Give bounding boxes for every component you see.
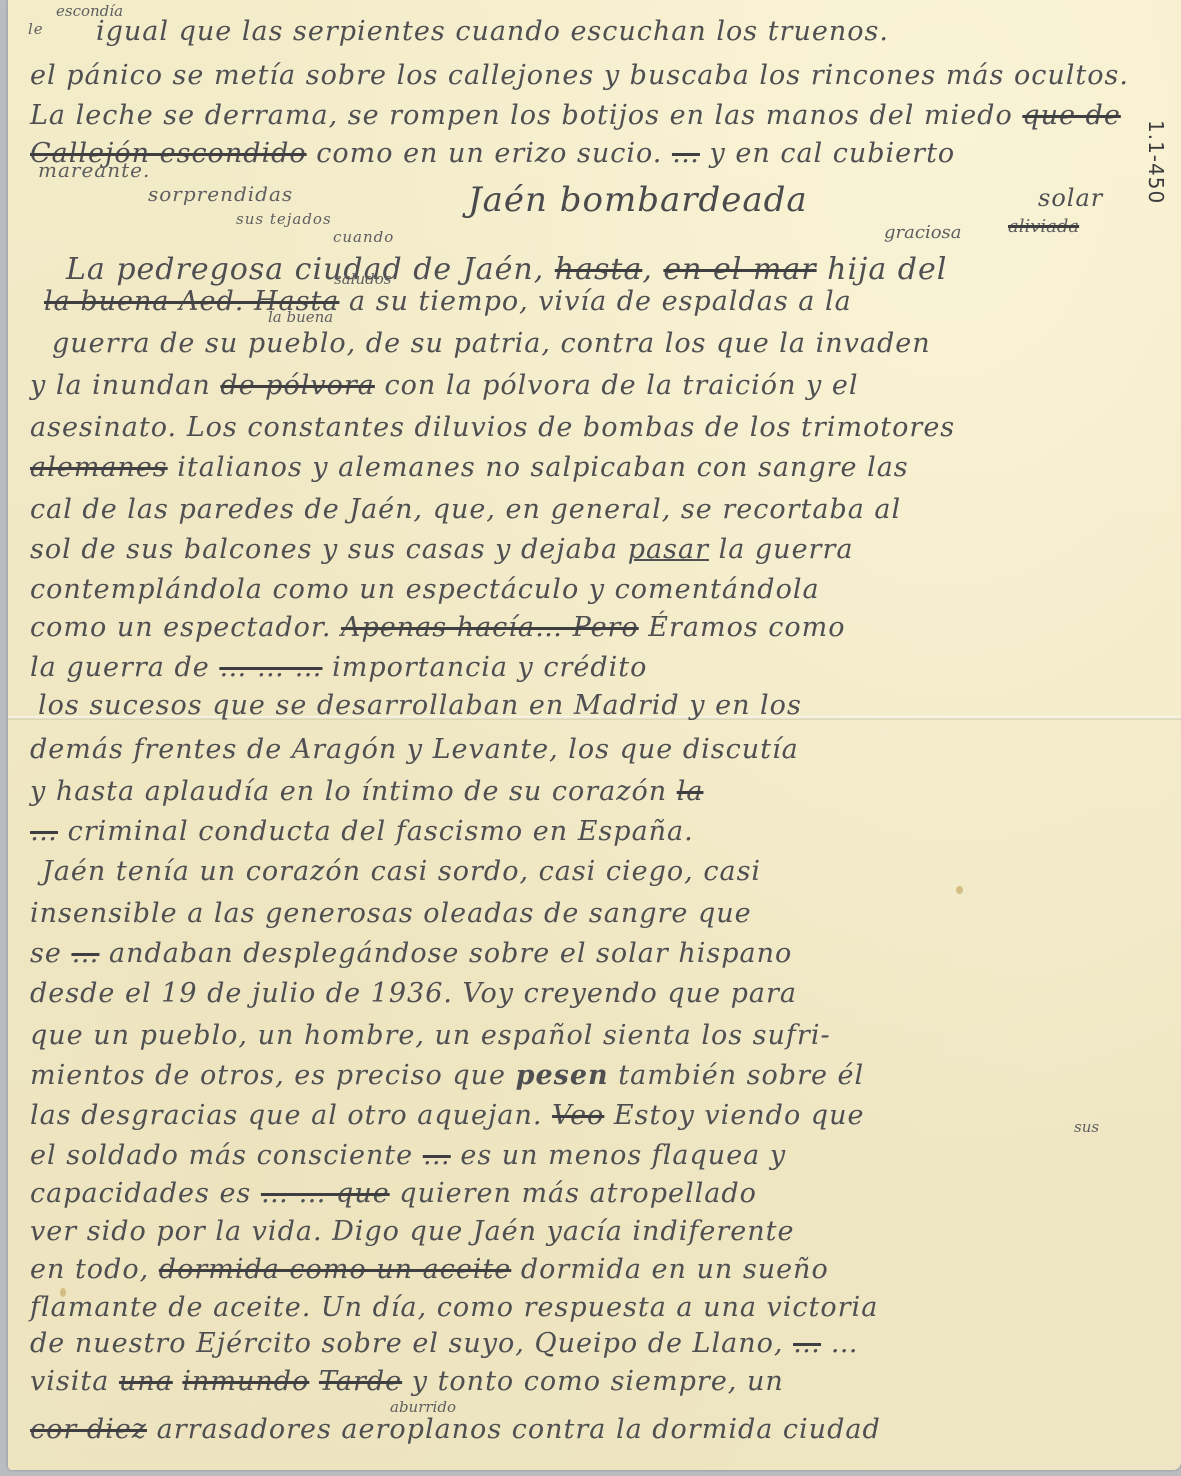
struck-text: …: [793, 1328, 821, 1359]
manuscript-line: como un espectador. Apenas hacía… Pero É…: [30, 612, 846, 643]
margin-note: solar: [1038, 184, 1103, 212]
margin-note: le: [28, 20, 44, 38]
manuscript-line: contemplándola como un espectáculo y com…: [30, 574, 820, 605]
underlined-text: pasar: [628, 534, 709, 565]
manuscript-page: 1.1-450 escondía le igual que las serpie…: [8, 0, 1181, 1470]
struck-insertion: aliviada: [1008, 216, 1079, 237]
struck-text: …: [71, 938, 99, 969]
struck-text: … … …: [219, 652, 322, 683]
manuscript-line: los sucesos que se desarrollaban en Madr…: [38, 690, 802, 721]
manuscript-line: Callejón escondido como en un erizo suci…: [30, 138, 955, 169]
struck-text: inmundo: [182, 1366, 309, 1397]
manuscript-line: cal de las paredes de Jaén, que, en gene…: [30, 494, 901, 525]
manuscript-line: igual que las serpientes cuando escuchan…: [96, 16, 889, 47]
manuscript-line: las desgracias que al otro aquejan. Veo …: [30, 1100, 864, 1131]
manuscript-line: Jaén tenía un corazón casi sordo, casi c…: [42, 856, 761, 887]
insertion-note: sus: [1074, 1118, 1099, 1136]
struck-text: de pólvora: [220, 370, 375, 401]
manuscript-line: el soldado más consciente … es un menos …: [30, 1140, 786, 1171]
emphasized-text: pesen: [516, 1060, 609, 1091]
manuscript-line: La leche se derrama, se rompen los botij…: [30, 100, 1121, 131]
struck-text: hasta: [555, 252, 643, 287]
margin-note: cuando: [333, 228, 394, 246]
struck-text: alemanes: [30, 452, 168, 483]
manuscript-line: mientos de otros, es preciso que pesen t…: [30, 1060, 864, 1091]
struck-text: una: [119, 1366, 173, 1397]
manuscript-line: visita una inmundo Tarde y tonto como si…: [30, 1366, 784, 1397]
manuscript-line: demás frentes de Aragón y Levante, los q…: [30, 734, 799, 765]
struck-text: en el mar: [663, 252, 816, 287]
manuscript-line: que un pueblo, un hombre, un español sie…: [30, 1020, 831, 1051]
struck-text: Veo: [552, 1100, 604, 1131]
manuscript-line: la buena Aed. Hasta a su tiempo, vivía d…: [44, 286, 852, 317]
manuscript-line: sol de sus balcones y sus casas y dejaba…: [30, 534, 853, 565]
manuscript-line: el pánico se metía sobre los callejones …: [30, 60, 1129, 91]
struck-text: dormida como un aceite: [159, 1254, 512, 1285]
manuscript-line: alemanes italianos y alemanes no salpica…: [30, 452, 909, 483]
struck-text: Apenas hacía… Pero: [341, 612, 639, 643]
paper-stain: [956, 886, 963, 894]
margin-note: sus tejados: [236, 210, 332, 228]
insertion-note: graciosa: [884, 222, 962, 243]
struck-text: la: [677, 776, 704, 807]
manuscript-line: desde el 19 de julio de 1936. Voy creyen…: [30, 978, 797, 1009]
manuscript-line: y hasta aplaudía en lo íntimo de su cora…: [30, 776, 703, 807]
struck-text: …: [423, 1140, 451, 1171]
manuscript-line: insensible a las generosas oleadas de sa…: [30, 898, 752, 929]
struck-text: … … que: [261, 1178, 390, 1209]
manuscript-line: … criminal conducta del fascismo en Espa…: [30, 816, 694, 847]
struck-text: la buena Aed. Hasta: [44, 286, 339, 317]
manuscript-line: cor diez arrasadores aeroplanos contra l…: [30, 1414, 881, 1445]
manuscript-line: la guerra de … … … importancia y crédito: [30, 652, 647, 683]
manuscript-line: flamante de aceite. Un día, como respues…: [30, 1292, 878, 1323]
page-title: Jaén bombardeada: [468, 180, 808, 220]
manuscript-line: en todo, dormida como un aceite dormida …: [30, 1254, 829, 1285]
manuscript-line: ver sido por la vida. Digo que Jaén yací…: [30, 1216, 794, 1247]
manuscript-line: asesinato. Los constantes diluvios de bo…: [30, 412, 955, 443]
margin-note: sorprendidas: [148, 182, 293, 206]
manuscript-line: y la inundan de pólvora con la pólvora d…: [30, 370, 858, 401]
struck-text: …: [672, 138, 700, 169]
archive-code: 1.1-450: [1144, 120, 1168, 204]
manuscript-line: se … andaban desplegándose sobre el sola…: [30, 938, 792, 969]
manuscript-line: capacidades es … … que quieren más atrop…: [30, 1178, 757, 1209]
struck-text: que de: [1022, 100, 1121, 131]
struck-text: …: [30, 816, 58, 847]
struck-text: Tarde: [319, 1366, 402, 1397]
manuscript-line: guerra de su pueblo, de su patria, contr…: [52, 328, 931, 359]
manuscript-line: mareante.: [38, 158, 150, 182]
struck-text: cor diez: [30, 1414, 147, 1445]
manuscript-line: La pedregosa ciudad de Jaén, hasta, en e…: [66, 252, 947, 287]
manuscript-line: de nuestro Ejército sobre el suyo, Queip…: [30, 1328, 859, 1359]
